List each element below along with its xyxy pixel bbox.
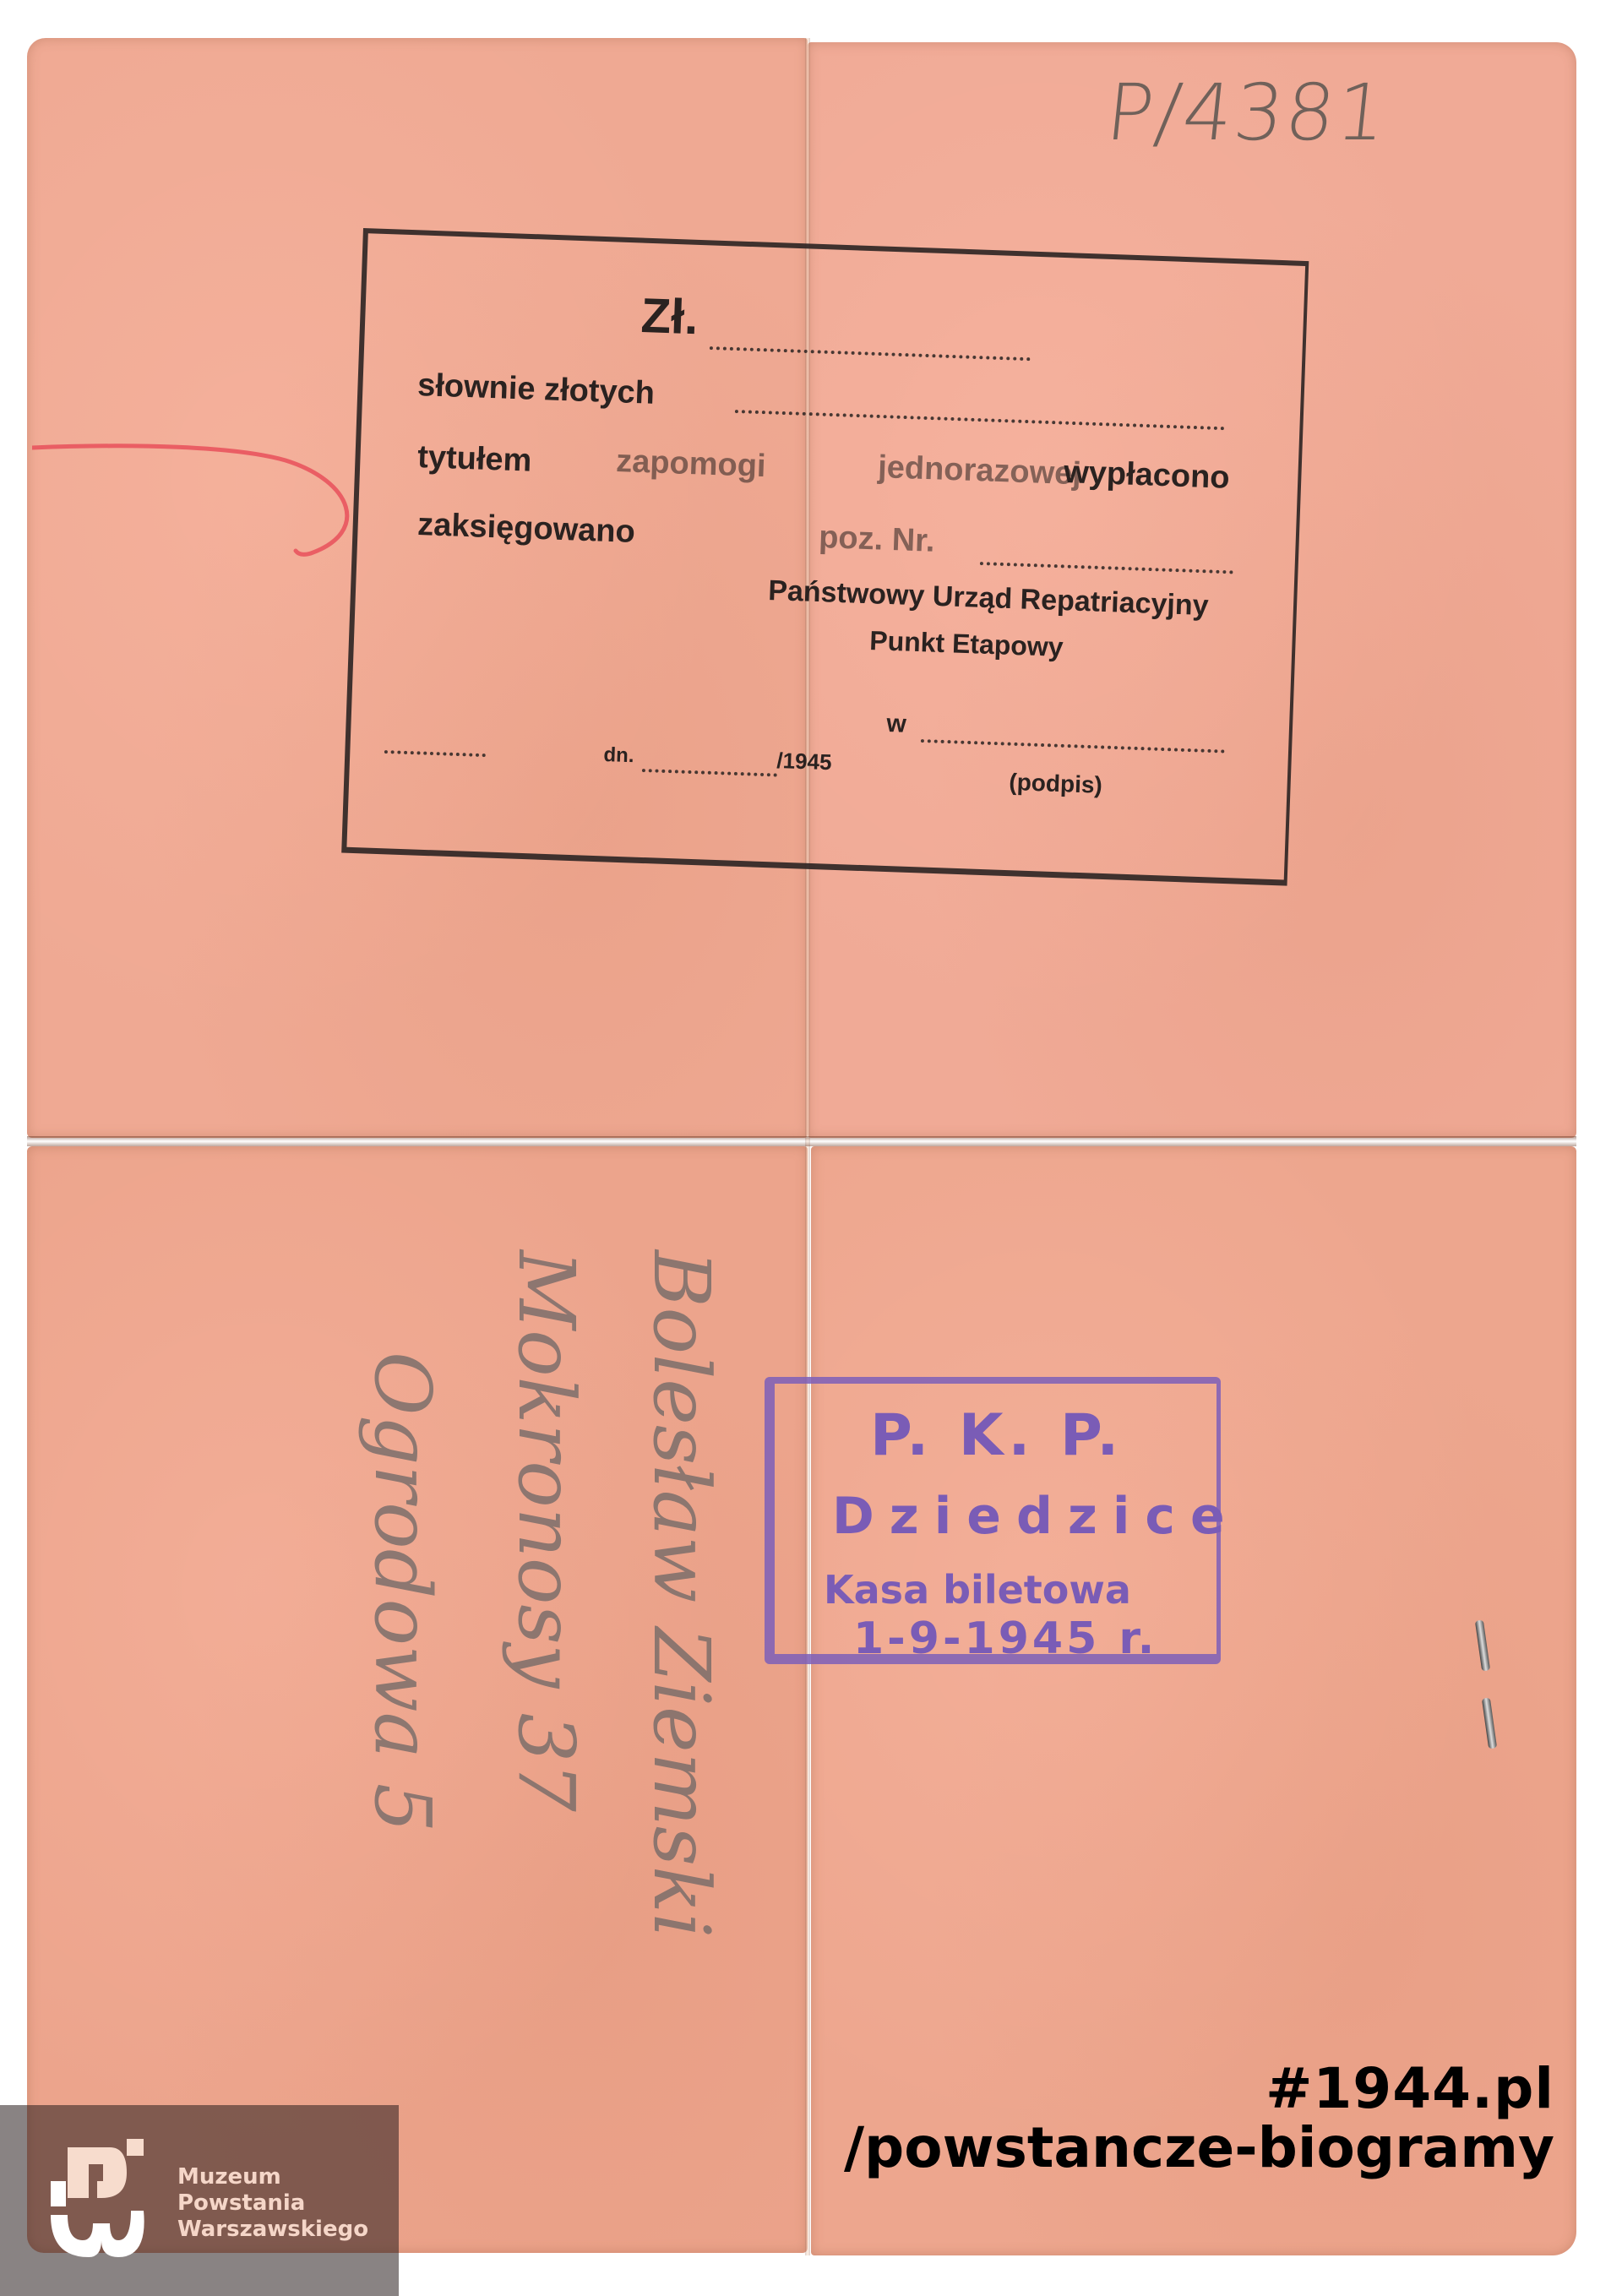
watermark-line-2: /powstancze-biogramy — [844, 2120, 1554, 2176]
railway-stamp: P. K. P. Dziedzice Kasa biletowa 1-9-194… — [756, 1360, 1229, 1681]
museum-logo: Muzeum Powstania Warszawskiego — [0, 2105, 399, 2296]
railway-stamp-line-3: Kasa biletowa — [824, 1567, 1131, 1613]
horizontal-fold — [27, 1136, 1576, 1146]
logo-line-1: Muzeum — [177, 2164, 368, 2190]
railway-stamp-line-1: P. K. P. — [870, 1402, 1124, 1469]
railway-stamp-date: 1-9-1945 r. — [853, 1613, 1157, 1664]
signature-label: (podpis) — [1009, 769, 1102, 799]
position-label: poz. Nr. — [818, 520, 935, 560]
railway-stamp-line-2: Dziedzice — [832, 1487, 1240, 1546]
logo-line-3: Warszawskiego — [177, 2217, 368, 2243]
anchor-logo-icon — [51, 2139, 152, 2257]
red-pencil-mark — [32, 439, 362, 558]
year-label: /1945 — [776, 748, 832, 775]
one-time-label: jednorazowej — [877, 449, 1081, 492]
pencil-handwriting: Bolesław Ziemski Mokronosy 37 Ogrodowa 5 — [169, 1250, 760, 2095]
site-watermark: #1944.pl /powstancze-biogramy — [844, 2061, 1554, 2176]
handwriting-line-2: Mokronosy 37 — [501, 1250, 591, 1812]
title-label: tytułem — [416, 439, 532, 480]
museum-name: Muzeum Powstania Warszawskiego — [177, 2164, 368, 2243]
paid-label: wypłacono — [1063, 454, 1230, 497]
repatriation-stamp: Zł. słownie złotych tytułem zapomogi jed… — [363, 228, 1309, 853]
booked-label: zaksięgowano — [416, 507, 635, 551]
place-label: w — [886, 710, 907, 739]
handwriting-line-1: Bolesław Ziemski — [636, 1250, 727, 1938]
amount-label: Zł. — [640, 287, 699, 345]
watermark-line-1: #1944.pl — [844, 2061, 1554, 2117]
aid-label: zapomogi — [615, 443, 766, 485]
stamp-border — [341, 228, 1309, 886]
logo-line-2: Powstania — [177, 2190, 368, 2217]
date-label: dn. — [603, 743, 634, 768]
archive-number: P/4381 — [1102, 68, 1392, 158]
handwriting-line-3: Ogrodowa 5 — [357, 1352, 448, 1832]
